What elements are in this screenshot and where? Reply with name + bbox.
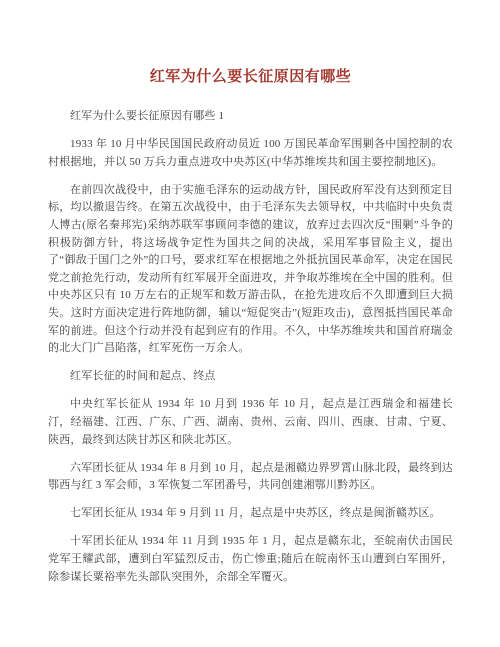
page-title: 红军为什么要长征原因有哪些 (48, 66, 453, 88)
paragraph-tenth-corps: 十军团长征从 1934 年 11 月到 1935 年 1 月，起点是赣东北，至皖… (48, 533, 453, 586)
paragraph-background-1933: 1933 年 10 月中华民国国民政府动员近 100 万国民革命军围剿各中国控制… (48, 136, 453, 171)
document-body: 红军为什么要长征原因有哪些 1 1933 年 10 月中华民国国民政府动员近 1… (48, 108, 453, 586)
paragraph-sixth-corps: 六军团长征从 1934 年 8 月到 10 月，起点是湘赣边界罗霄山脉北段，最终… (48, 460, 453, 495)
subtitle-line: 红军为什么要长征原因有哪些 1 (48, 108, 453, 126)
paragraph-seventh-corps: 七军团长征从 1934 年 9 月到 11 月，起点是中央苏区，终点是闽浙赣苏区… (48, 505, 453, 523)
paragraph-fifth-campaign: 在前四次战役中，由于实施毛泽东的运动战方针，国民政府军没有达到预定目标，均以撤退… (48, 182, 453, 358)
section-heading-timeline: 红军长征的时间和起点、终点 (48, 368, 453, 386)
paragraph-central-red-army: 中央红军长征从 1934 年 10 月到 1936 年 10 月，起点是江西瑞金… (48, 396, 453, 449)
document-page: 红军为什么要长征原因有哪些 红军为什么要长征原因有哪些 1 1933 年 10 … (0, 0, 500, 647)
